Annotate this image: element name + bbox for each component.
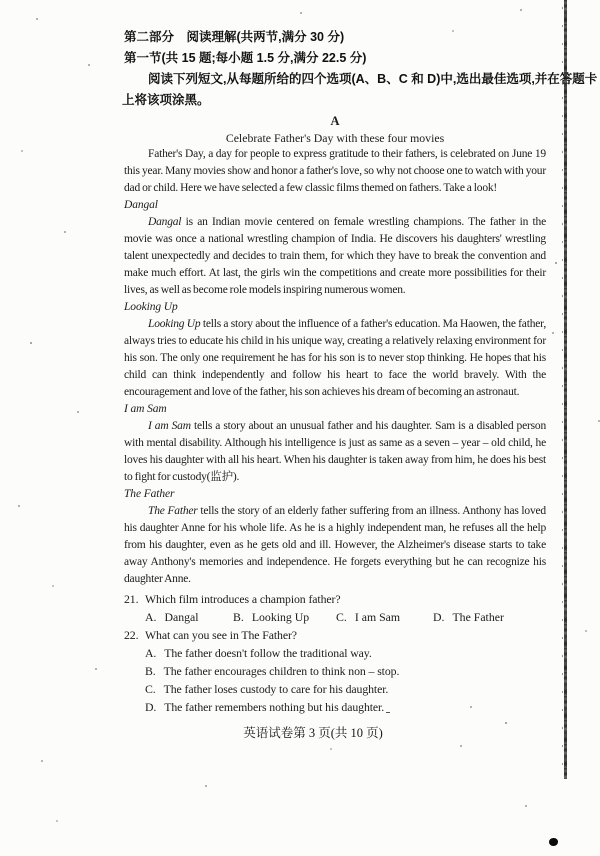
movie-body: tells a story about the influence of a f…: [124, 318, 546, 398]
section-heading: 第一节(共 15 题;每小题 1.5 分,满分 22.5 分): [124, 48, 546, 69]
scan-binding-line-artifact: [564, 0, 567, 779]
option-text: I am Sam: [355, 608, 400, 626]
passage-title: Celebrate Father's Day with these four m…: [124, 130, 546, 146]
option-text: Looking Up: [252, 608, 309, 626]
option-d: D.The Father: [433, 608, 504, 626]
question-22: 22. What can you see in The Father?: [124, 626, 546, 644]
question-22-option-a: A.The father doesn't follow the traditio…: [124, 644, 546, 662]
movie-body: tells the story of an elderly father suf…: [124, 505, 546, 585]
exam-page-scan: 第二部分 阅读理解(共两节,满分 30 分) 第一节(共 15 题;每小题 1.…: [0, 0, 600, 856]
page-content: 第二部分 阅读理解(共两节,满分 30 分) 第一节(共 15 题;每小题 1.…: [124, 27, 546, 741]
movie-paragraph-the-father: The Father tells the story of an elderly…: [124, 503, 546, 588]
option-text: The Father: [452, 608, 503, 626]
question-22-option-c: C.The father loses custody to care for h…: [124, 680, 546, 698]
part-heading: 第二部分 阅读理解(共两节,满分 30 分): [124, 27, 546, 48]
movie-lead: Looking Up: [148, 318, 200, 330]
movie-heading-the-father: The Father: [124, 486, 546, 503]
movie-paragraph-looking-up: Looking Up tells a story about the influ…: [124, 316, 546, 401]
option-text: The father encourages children to think …: [164, 662, 400, 680]
option-c: C.I am Sam: [336, 608, 433, 626]
option-label: A.: [145, 608, 156, 626]
movie-lead: The Father: [148, 505, 198, 517]
option-label: C.: [145, 680, 156, 698]
option-label: A.: [145, 644, 156, 662]
page-footer: 英语试卷第 3 页(共 10 页): [102, 723, 524, 741]
movie-paragraph-dangal: Dangal is an Indian movie centered on fe…: [124, 214, 546, 299]
ink-dot-artifact: [549, 838, 558, 846]
movie-lead: I am Sam: [148, 420, 191, 432]
movie-heading-i-am-sam: I am Sam: [124, 401, 546, 418]
question-number: 22.: [124, 626, 145, 644]
instruction-line-2: 上将该项涂黑。: [122, 90, 546, 111]
option-label: B.: [233, 608, 244, 626]
option-text: The father remembers nothing but his dau…: [164, 698, 384, 716]
question-number: 21.: [124, 590, 145, 608]
movie-lead: Dangal: [148, 216, 181, 228]
intro-paragraph: Father's Day, a day for people to expres…: [124, 146, 546, 197]
option-a: A.Dangal: [145, 608, 233, 626]
question-text: What can you see in The Father?: [145, 626, 297, 644]
option-label: D.: [433, 608, 444, 626]
passage-label: A: [124, 113, 546, 130]
question-text: Which film introduces a champion father?: [145, 590, 341, 608]
question-21: 21. Which film introduces a champion fat…: [124, 590, 546, 608]
movie-heading-dangal: Dangal: [124, 197, 546, 214]
question-22-option-b: B.The father encourages children to thin…: [124, 662, 546, 680]
movie-body: is an Indian movie centered on female wr…: [124, 216, 546, 296]
option-text: The father doesn't follow the traditiona…: [164, 644, 371, 662]
question-21-options: A.Dangal B.Looking Up C.I am Sam D.The F…: [124, 608, 546, 626]
option-text: The father loses custody to care for his…: [164, 680, 389, 698]
option-label: D.: [145, 698, 156, 716]
instruction-line-1: 阅读下列短文,从每题所给的四个选项(A、B、C 和 D)中,选出最佳选项,并在答…: [124, 69, 546, 90]
movie-heading-looking-up: Looking Up: [124, 299, 546, 316]
option-label: B.: [145, 662, 156, 680]
option-b: B.Looking Up: [233, 608, 336, 626]
question-22-option-d: D.The father remembers nothing but his d…: [124, 698, 546, 716]
option-label: C.: [336, 608, 347, 626]
questions-section: 21. Which film introduces a champion fat…: [124, 590, 546, 716]
scan-noise-speckles: [0, 0, 1, 1]
movie-paragraph-i-am-sam: I am Sam tells a story about an unusual …: [124, 418, 546, 486]
option-text: Dangal: [164, 608, 198, 626]
